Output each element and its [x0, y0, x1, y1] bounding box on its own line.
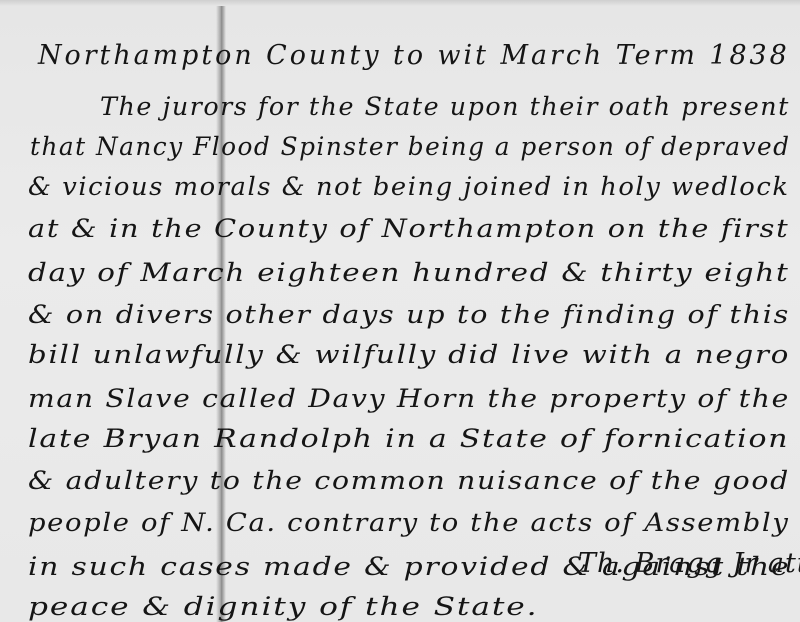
text-line-7: bill unlawfully & wilfully did live with… — [28, 340, 790, 369]
text-line-13: peace & dignity of the State. — [28, 592, 538, 621]
text-line-5: day of March eighteen hundred & thirty e… — [28, 258, 790, 287]
signature: Th. Bragg Jr atto. — [578, 548, 800, 579]
text-line-2: that Nancy Flood Spinster being a person… — [30, 132, 790, 161]
manuscript-page: Northampton County to wit March Term 183… — [0, 0, 800, 622]
text-line-3: & vicious morals & not being joined in h… — [28, 172, 790, 201]
text-line-10: & adultery to the common nuisance of the… — [28, 466, 790, 495]
document-heading: Northampton County to wit March Term 183… — [38, 40, 790, 71]
text-line-4: at & in the County of Northampton on the… — [28, 214, 789, 243]
text-line-1: The jurors for the State upon their oath… — [100, 92, 790, 121]
text-line-6: & on divers other days up to the finding… — [28, 300, 790, 329]
text-line-9: late Bryan Randolph in a State of fornic… — [28, 424, 789, 453]
text-line-11: people of N. Ca. contrary to the acts of… — [28, 508, 789, 537]
paper-top-edge — [0, 0, 800, 6]
text-line-8: man Slave called Davy Horn the property … — [28, 384, 790, 413]
